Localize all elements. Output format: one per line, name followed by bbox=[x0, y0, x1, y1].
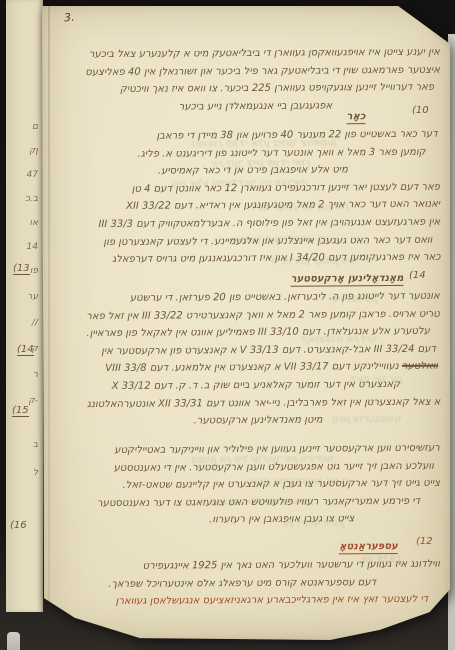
text-line: די לעצטער זאץ איז אין פארגלייכבארע ארגאנ… bbox=[54, 591, 428, 611]
margin-note-right: (12 bbox=[416, 536, 433, 547]
section-heading: כאָר bbox=[53, 108, 365, 128]
text-line: אין יענע צייטן איז אויפגעוואקסן געווארן … bbox=[54, 44, 440, 64]
text-line: א צאל קאנצערטן אין זאל פארבליבן. ניי-יאר… bbox=[54, 393, 440, 413]
section-mandolin: מאַנדאָלינען אָרקעסטעראונטער דער לייטונג… bbox=[53, 270, 440, 431]
text-line: צייט צו געבן אויפגאבן אין רעזערוו. bbox=[54, 511, 354, 531]
margin-note-right: (10 bbox=[412, 105, 429, 116]
text-layer: אין יענע צייטן איז אויפגעוואקסן געווארן … bbox=[42, 6, 450, 640]
page-wrapper: 6 3. געווארן פון די אלע ביכער צוזאמעןאין… bbox=[0, 0, 455, 650]
text-line: אונטער דער לייטונג פון ה. ליבערזאן. באשט… bbox=[54, 288, 440, 308]
text-line: קאנצערט אין דער זומער קאלאניע ביים שוק ב… bbox=[54, 376, 400, 396]
text-line: ווילדונג איז געווען די ערשטער וועלכער הא… bbox=[54, 556, 440, 576]
text-line: דער כאר באשטייט פון 22 מענער 40 פרויען א… bbox=[54, 126, 438, 146]
heading-text: מאַנדאָלינען אָרקעסטער bbox=[291, 273, 404, 287]
text-line: די פירמע אמעריקאנער רעוויו פולעוויטש האט… bbox=[54, 493, 420, 513]
text-line: אין פארגעזעצט אנגעהויבן אין זאל פון פילו… bbox=[54, 214, 440, 234]
manuscript-page: 6 3. געווארן פון די אלע ביכער צוזאמעןאין… bbox=[42, 6, 450, 640]
text-line: מיטן מאנדאלינען ארקעסטער. bbox=[54, 412, 322, 431]
text-line: דעם עספעראנטא קורס מיט ערפאלג אלס אינטער… bbox=[54, 574, 376, 594]
struck-word: וואלטער bbox=[402, 361, 438, 372]
section-esperanto: עספּעראַנטאָווילדונג איז געווען די ערשטע… bbox=[54, 538, 440, 611]
text-line: עלטערע אלע אנגעלאדן. דעם 10/III 33 פאמיל… bbox=[54, 323, 430, 343]
section-para-15: רעזשיסירט ווען ארקעסטער זיינען געווען אי… bbox=[54, 440, 441, 531]
text-line: קומען פאר 3 מאל א וואך אונטער דער לייטונ… bbox=[54, 143, 426, 163]
text-line: כאר איז פארגעקומען דעם 20/I 34 און איז ד… bbox=[54, 249, 440, 269]
section-heading: עספּעראַנטאָ bbox=[54, 538, 398, 558]
margin-note-left: (13 bbox=[13, 263, 30, 275]
margin-note-left: (16 bbox=[10, 520, 27, 531]
margin-note-left: (15 bbox=[12, 405, 29, 417]
text-line: רעזשיסירט ווען ארקעסטער זיינען געווען אי… bbox=[54, 440, 440, 460]
heading-text: עספּעראַנטאָ bbox=[339, 541, 398, 554]
section-intro: אין יענע צייטן איז אויפגעוואקסן געווארן … bbox=[54, 44, 440, 117]
scanned-manuscript: םןק47ב.כאו14פוער//קרק-בל 6 3. געווארן פו… bbox=[0, 0, 455, 650]
text-line: פאר דערווייל זיינען צוגעקויפט געווארן 22… bbox=[54, 79, 434, 99]
margin-note-right: (14 bbox=[409, 270, 426, 281]
heading-text: כאָר bbox=[346, 111, 365, 124]
corner-mark: 6 bbox=[424, 14, 435, 25]
text-line: מיט אלע אויפגאבן פירט אן די כאר קאמיסיע. bbox=[54, 161, 348, 181]
margin-note-left: (14 bbox=[17, 344, 34, 356]
section-choir: כאָרדער כאר באשטייט פון 22 מענער 40 פרוי… bbox=[53, 108, 440, 269]
